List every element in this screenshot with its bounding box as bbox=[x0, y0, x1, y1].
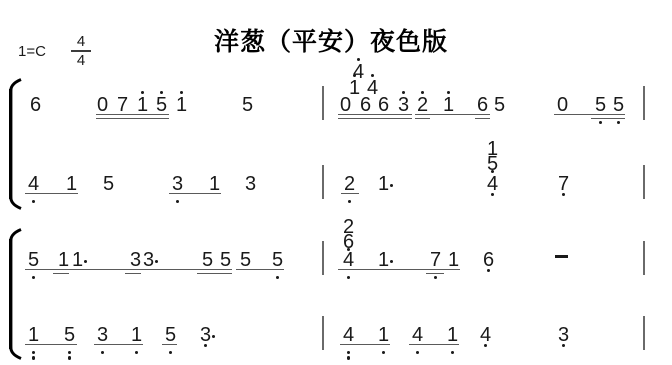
time-signature: 4 4 bbox=[70, 34, 92, 68]
octave-dot-below bbox=[382, 351, 385, 354]
note: 5 bbox=[103, 174, 114, 194]
note: 4 bbox=[343, 250, 354, 270]
note: 5 bbox=[240, 250, 251, 270]
note: 1 bbox=[66, 174, 77, 194]
barline bbox=[322, 165, 324, 199]
octave-dot-below bbox=[451, 351, 454, 354]
time-signature-numerator: 4 bbox=[70, 34, 92, 49]
barline bbox=[643, 316, 645, 350]
beam-underline bbox=[415, 118, 430, 120]
beam-underline bbox=[197, 273, 232, 275]
augmentation-dot bbox=[390, 260, 393, 263]
score-page: 洋葱（平安）夜色版 1=C 4 4 6071515414066321650554… bbox=[0, 0, 672, 365]
note: 1 bbox=[378, 174, 389, 194]
augmentation-dot bbox=[155, 260, 158, 263]
note: 1 bbox=[209, 174, 220, 194]
octave-dot-below bbox=[487, 269, 490, 272]
augmentation-dot bbox=[84, 260, 87, 263]
octave-dot-above bbox=[141, 91, 144, 94]
octave-dot-above bbox=[160, 91, 163, 94]
note: 2 bbox=[417, 95, 428, 115]
beam-underline bbox=[415, 114, 490, 116]
note: 6 bbox=[360, 95, 371, 115]
beam-underline bbox=[340, 344, 390, 346]
octave-dot-above bbox=[402, 91, 405, 94]
beam-underline bbox=[162, 344, 177, 346]
barline bbox=[643, 86, 645, 120]
octave-dot-below bbox=[135, 351, 138, 354]
note: 1 bbox=[448, 250, 459, 270]
octave-dot-below bbox=[599, 121, 602, 124]
octave-dot-below bbox=[348, 200, 351, 203]
note: 1 bbox=[176, 95, 187, 115]
octave-dot-below bbox=[32, 351, 35, 354]
note: 3 bbox=[245, 174, 256, 194]
octave-dot-below bbox=[617, 121, 620, 124]
note: 5 bbox=[272, 250, 283, 270]
note: 5 bbox=[242, 95, 253, 115]
note: 4 bbox=[28, 174, 39, 194]
time-signature-denominator: 4 bbox=[70, 53, 92, 68]
note: 6 bbox=[30, 95, 41, 115]
beam-underline bbox=[125, 273, 141, 275]
octave-dot-below bbox=[347, 356, 350, 359]
note: 5 bbox=[202, 250, 213, 270]
beam-underline bbox=[591, 118, 625, 120]
page-title: 洋葱（平安）夜色版 bbox=[0, 22, 662, 58]
octave-dot-below bbox=[562, 193, 565, 196]
note: 4 bbox=[480, 325, 491, 345]
beam-underline bbox=[96, 114, 169, 116]
note: 6 bbox=[483, 250, 494, 270]
beam-underline bbox=[554, 114, 625, 116]
note: 0 bbox=[340, 95, 351, 115]
note: 1 bbox=[137, 95, 148, 115]
octave-dot-below bbox=[276, 276, 279, 279]
beam-underline bbox=[341, 193, 359, 195]
note: 4 bbox=[487, 174, 498, 194]
dash-extension bbox=[555, 255, 568, 258]
note: 7 bbox=[117, 95, 128, 115]
octave-dot-below bbox=[484, 344, 487, 347]
octave-dot-below bbox=[562, 344, 565, 347]
note: 5 bbox=[156, 95, 167, 115]
beam-underline bbox=[338, 114, 412, 116]
beam-underline bbox=[53, 273, 69, 275]
note: 0 bbox=[557, 95, 568, 115]
octave-dot-below bbox=[204, 344, 207, 347]
note: 4 bbox=[343, 325, 354, 345]
note: 1 bbox=[72, 250, 83, 270]
octave-dot-below bbox=[32, 276, 35, 279]
note: 1 bbox=[28, 325, 39, 345]
beam-underline bbox=[25, 193, 78, 195]
system-bracket bbox=[5, 228, 25, 365]
octave-dot-below bbox=[32, 356, 35, 359]
note: 7 bbox=[430, 250, 441, 270]
octave-dot-below bbox=[169, 351, 172, 354]
beam-underline bbox=[94, 344, 143, 346]
octave-dot-below bbox=[32, 200, 35, 203]
note: 6 bbox=[477, 95, 488, 115]
note: 5 bbox=[487, 154, 498, 174]
octave-dot-below bbox=[434, 276, 437, 279]
octave-dot-below bbox=[176, 200, 179, 203]
note: 1 bbox=[378, 325, 389, 345]
note: 1 bbox=[443, 95, 454, 115]
octave-dot-below bbox=[101, 351, 104, 354]
octave-dot-above bbox=[357, 58, 360, 61]
note: 6 bbox=[378, 95, 389, 115]
system-bracket bbox=[5, 78, 25, 215]
note: 3 bbox=[97, 325, 108, 345]
note: 1 bbox=[131, 325, 142, 345]
note: 1 bbox=[378, 250, 389, 270]
beam-underline bbox=[96, 118, 169, 120]
note: 1 bbox=[58, 250, 69, 270]
augmentation-dot bbox=[390, 184, 393, 187]
octave-dot-above bbox=[180, 91, 183, 94]
beam-underline bbox=[338, 118, 412, 120]
beam-underline bbox=[25, 269, 232, 271]
note: 5 bbox=[220, 250, 231, 270]
note: 5 bbox=[613, 95, 624, 115]
note: 5 bbox=[28, 250, 39, 270]
beam-underline bbox=[25, 344, 77, 346]
note: 3 bbox=[172, 174, 183, 194]
beam-underline bbox=[426, 273, 444, 275]
barline bbox=[322, 86, 324, 120]
note: 1 bbox=[447, 325, 458, 345]
note: 0 bbox=[97, 95, 108, 115]
octave-dot-above bbox=[421, 91, 424, 94]
note: 3 bbox=[558, 325, 569, 345]
beam-underline bbox=[409, 344, 459, 346]
octave-dot-below bbox=[416, 351, 419, 354]
note: 3 bbox=[398, 95, 409, 115]
note: 5 bbox=[494, 95, 505, 115]
note: 5 bbox=[595, 95, 606, 115]
note: 4 bbox=[412, 325, 423, 345]
octave-dot-below bbox=[68, 356, 71, 359]
key-signature: 1=C bbox=[18, 43, 46, 60]
note: 5 bbox=[165, 325, 176, 345]
note: 7 bbox=[558, 174, 569, 194]
barline bbox=[643, 165, 645, 199]
barline bbox=[322, 316, 324, 350]
note: 2 bbox=[344, 174, 355, 194]
note: 5 bbox=[64, 325, 75, 345]
beam-underline bbox=[338, 269, 460, 271]
octave-dot-above bbox=[371, 74, 374, 77]
augmentation-dot bbox=[212, 335, 215, 338]
octave-dot-below bbox=[491, 193, 494, 196]
octave-dot-below bbox=[347, 276, 350, 279]
barline bbox=[322, 241, 324, 275]
note: 3 bbox=[130, 250, 141, 270]
octave-dot-above bbox=[353, 74, 356, 77]
beam-underline bbox=[169, 193, 221, 195]
octave-dot-above bbox=[447, 91, 450, 94]
beam-underline bbox=[475, 118, 490, 120]
octave-dot-below bbox=[68, 351, 71, 354]
note: 3 bbox=[143, 250, 154, 270]
note: 3 bbox=[200, 325, 211, 345]
beam-underline bbox=[236, 269, 284, 271]
octave-dot-below bbox=[347, 351, 350, 354]
barline bbox=[643, 241, 645, 275]
